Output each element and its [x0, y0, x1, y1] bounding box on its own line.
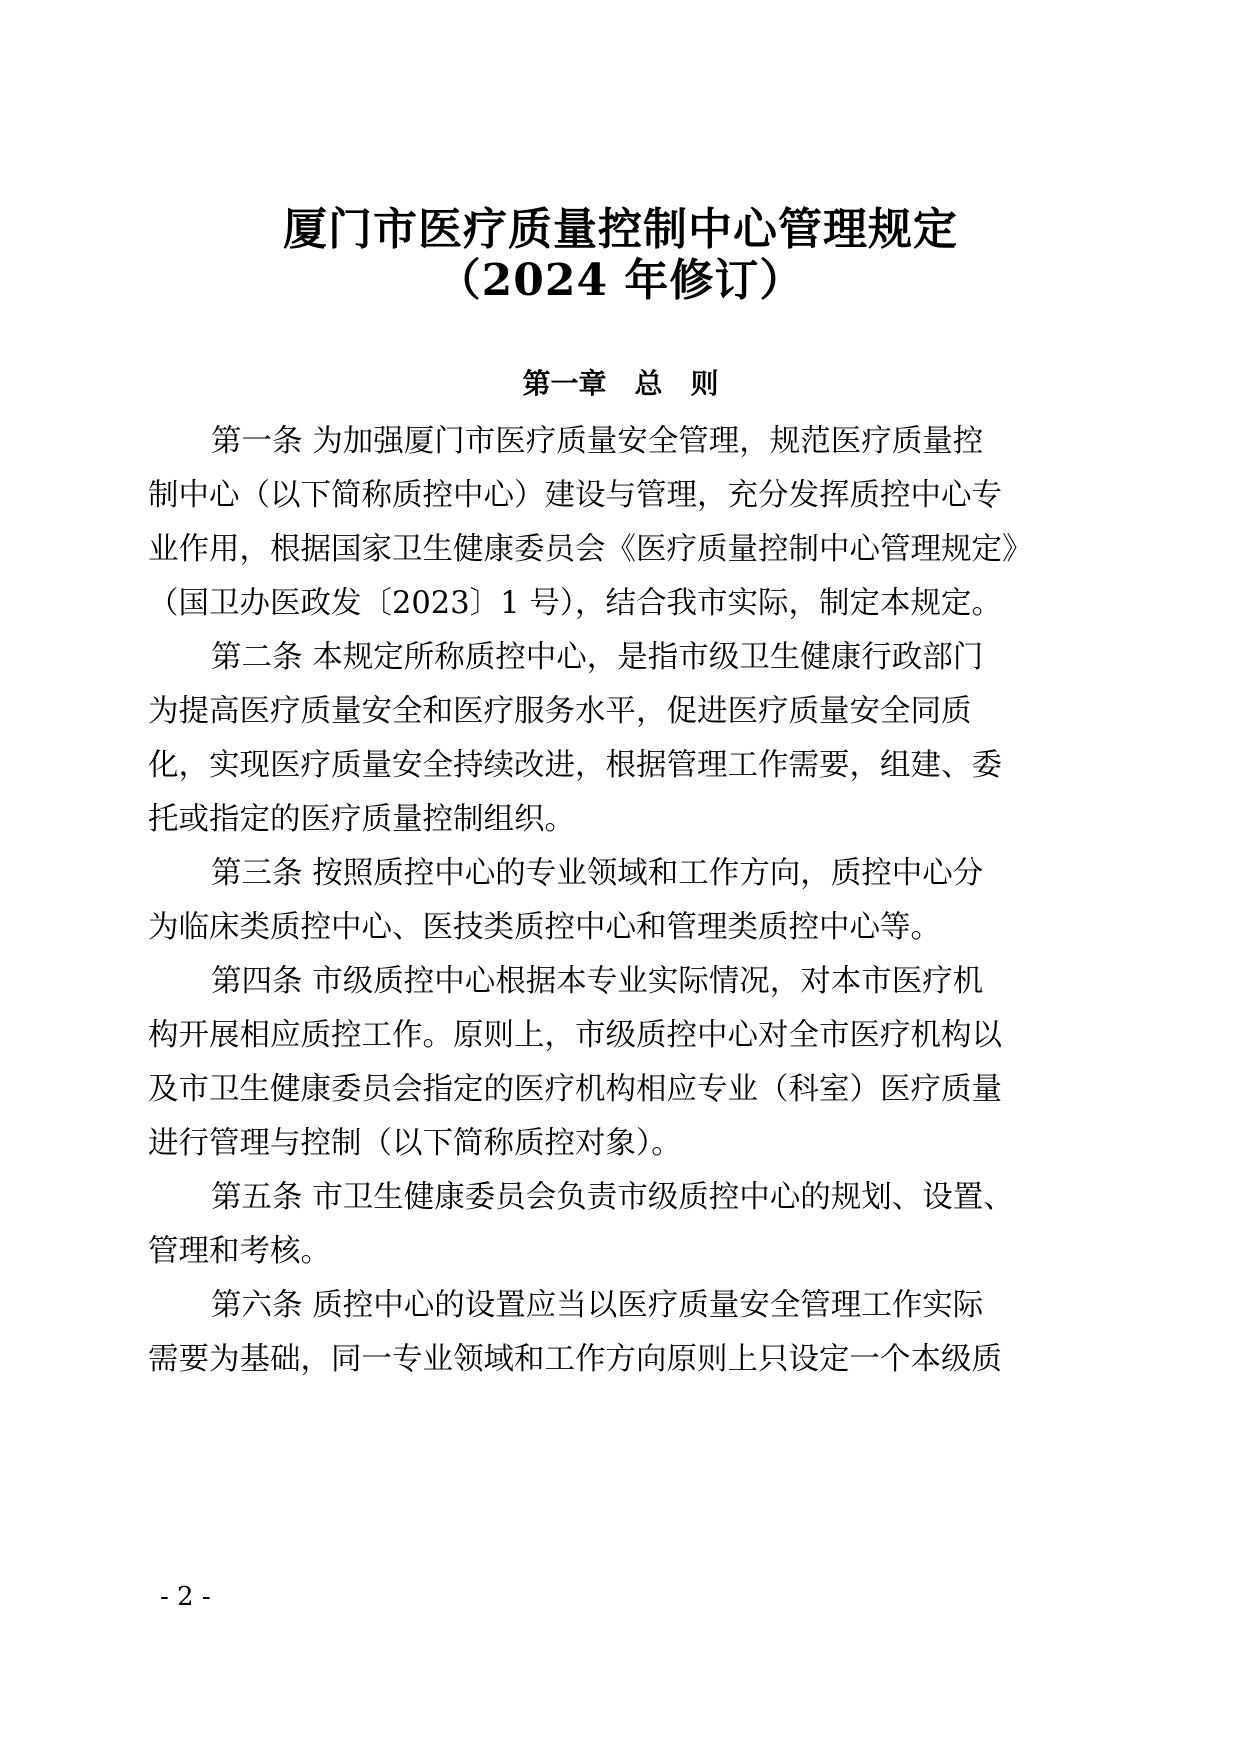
article-4: 第四条 市级质控中心根据本专业实际情况，对本市医疗机 构开展相应质控工作。原则上… — [148, 960, 970, 1176]
article-line: 托或指定的医疗质量控制组织。 — [148, 798, 970, 852]
article-line: 构开展相应质控工作。原则上，市级质控中心对全市医疗机构以 — [148, 1014, 970, 1068]
article-line: 管理和考核。 — [148, 1230, 970, 1284]
article-3: 第三条 按照质控中心的专业领域和工作方向，质控中心分 为临床类质控中心、医技类质… — [148, 852, 970, 960]
article-line: 第五条 市卫生健康委员会负责市级质控中心的规划、设置、 — [148, 1176, 970, 1230]
article-line: 为提高医疗质量安全和医疗服务水平，促进医疗质量安全同质 — [148, 690, 970, 744]
article-line: （国卫办医政发〔2023〕1 号），结合我市实际，制定本规定。 — [148, 582, 970, 636]
article-line: 化，实现医疗质量安全持续改进，根据管理工作需要，组建、委 — [148, 744, 970, 798]
article-line: 及市卫生健康委员会指定的医疗机构相应专业（科室）医疗质量 — [148, 1068, 970, 1122]
document-body: 第一条 为加强厦门市医疗质量安全管理，规范医疗质量控 制中心（以下简称质控中心）… — [148, 420, 970, 1392]
article-line: 第二条 本规定所称质控中心，是指市级卫生健康行政部门 — [148, 636, 970, 690]
article-line: 进行管理与控制（以下简称质控对象）。 — [148, 1122, 970, 1176]
article-line: 为临床类质控中心、医技类质控中心和管理类质控中心等。 — [148, 906, 970, 960]
article-line: 制中心（以下简称质控中心）建设与管理，充分发挥质控中心专 — [148, 474, 970, 528]
article-line: 第六条 质控中心的设置应当以医疗质量安全管理工作实际 — [148, 1284, 970, 1338]
document-title: 厦门市医疗质量控制中心管理规定 — [0, 205, 1241, 255]
chapter-heading: 第一章 总 则 — [0, 366, 1241, 402]
article-line: 第一条 为加强厦门市医疗质量安全管理，规范医疗质量控 — [148, 420, 970, 474]
article-line: 需要为基础，同一专业领域和工作方向原则上只设定一个本级质 — [148, 1338, 970, 1392]
document-page: 厦门市医疗质量控制中心管理规定 （2024 年修订） 第一章 总 则 第一条 为… — [0, 0, 1241, 1754]
article-1: 第一条 为加强厦门市医疗质量安全管理，规范医疗质量控 制中心（以下简称质控中心）… — [148, 420, 970, 636]
document-subtitle-revision: （2024 年修订） — [0, 256, 1241, 306]
page-number: - 2 - — [160, 1582, 211, 1612]
article-line: 第四条 市级质控中心根据本专业实际情况，对本市医疗机 — [148, 960, 970, 1014]
article-line: 第三条 按照质控中心的专业领域和工作方向，质控中心分 — [148, 852, 970, 906]
article-5: 第五条 市卫生健康委员会负责市级质控中心的规划、设置、 管理和考核。 — [148, 1176, 970, 1284]
article-6: 第六条 质控中心的设置应当以医疗质量安全管理工作实际 需要为基础，同一专业领域和… — [148, 1284, 970, 1392]
article-2: 第二条 本规定所称质控中心，是指市级卫生健康行政部门 为提高医疗质量安全和医疗服… — [148, 636, 970, 852]
article-line: 业作用，根据国家卫生健康委员会《医疗质量控制中心管理规定》 — [148, 528, 970, 582]
